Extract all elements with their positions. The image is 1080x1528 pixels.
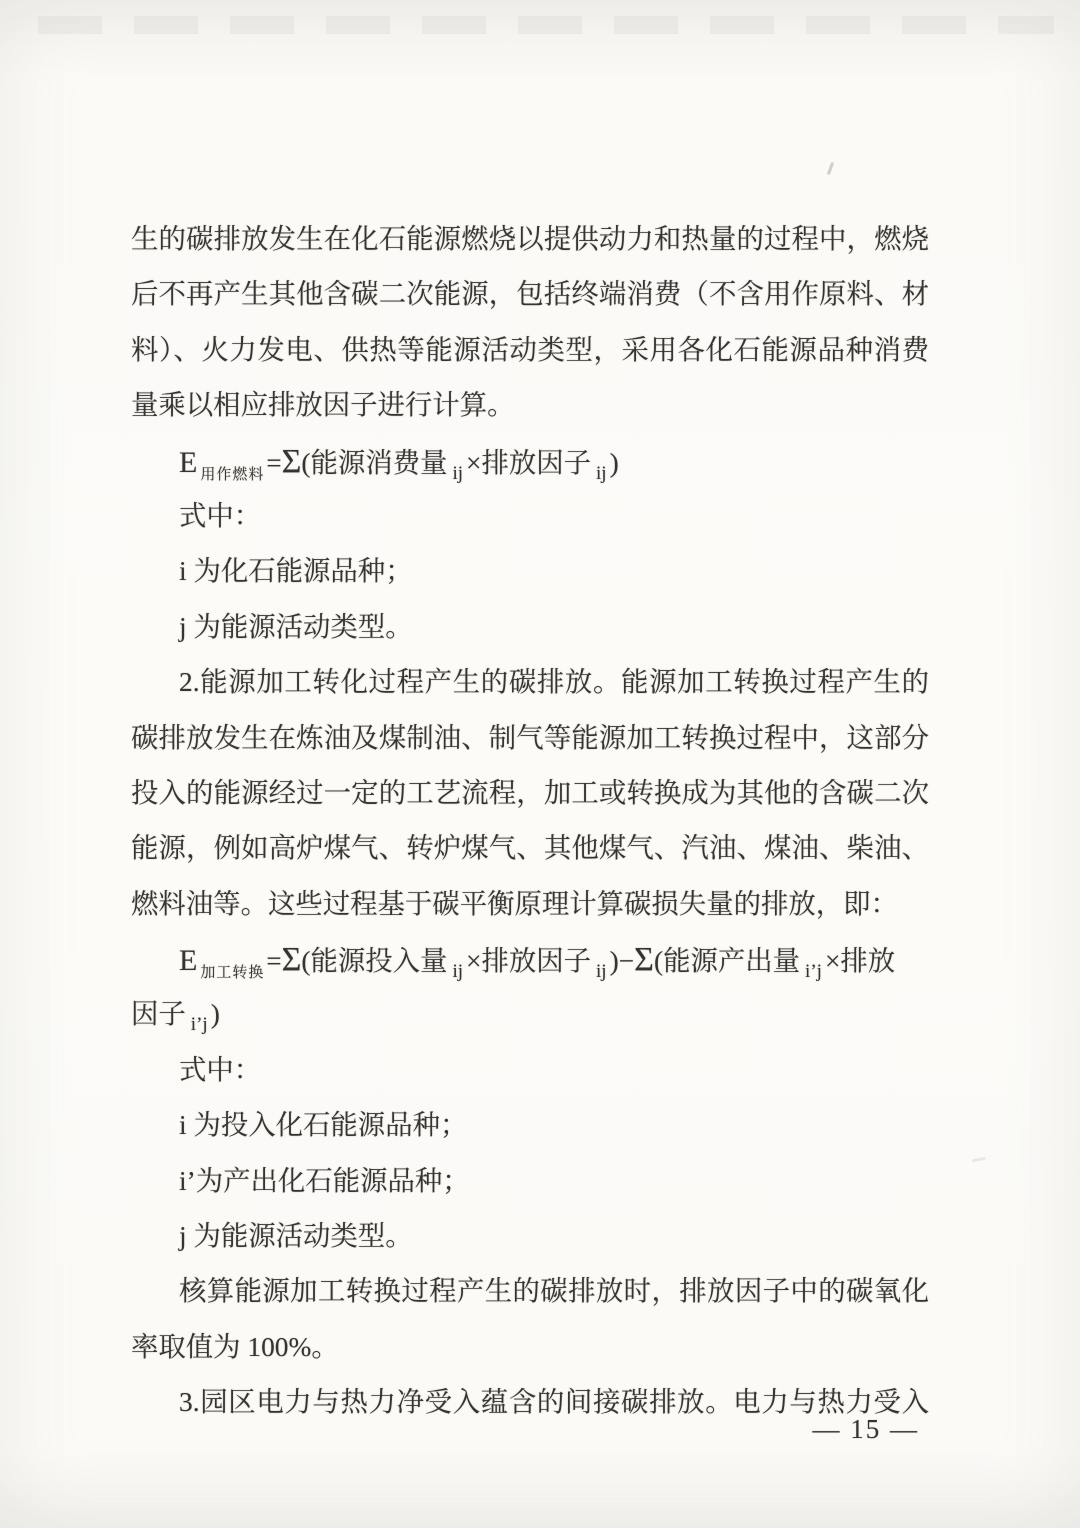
body-text-line: 2.能源加工转化过程产生的碳排放。能源加工转换过程产生的 xyxy=(131,655,929,710)
body-text-line: i 为投入化石能源品种； xyxy=(131,1098,929,1153)
body-text-line: 式中： xyxy=(131,489,929,544)
scanned-document-page: 生的碳排放发生在化石能源燃烧以提供动力和热量的过程中，燃烧后不再产生其他含碳二次… xyxy=(0,0,1080,1528)
document-body: 生的碳排放发生在化石能源燃烧以提供动力和热量的过程中，燃烧后不再产生其他含碳二次… xyxy=(131,212,929,1431)
body-text-line: i’为产出化石能源品种； xyxy=(131,1154,929,1209)
formula-segment: (能源产出量 xyxy=(654,946,800,976)
body-text-line: 生的碳排放发生在化石能源燃烧以提供动力和热量的过程中，燃烧 xyxy=(131,212,929,267)
formula-segment: ×排放 xyxy=(825,946,895,976)
formula-subscript: 加工转换 xyxy=(200,965,264,981)
scan-speck xyxy=(827,162,834,175)
formula-subscript: i’j xyxy=(191,1014,208,1035)
body-text-line: 碳排放发生在炼油及煤制油、制气等能源加工转换过程中，这部分 xyxy=(131,711,929,766)
body-text-line: 率取值为 100%。 xyxy=(131,1320,929,1375)
body-text-line: j 为能源活动类型。 xyxy=(131,1209,929,1264)
formula-line: E用作燃料=Σ(能源消费量ij×排放因子ij) xyxy=(131,434,929,489)
body-text-line: 料）、火力发电、供热等能源活动类型，采用各化石能源品种消费 xyxy=(131,323,929,378)
formula-segment: ×排放因子 xyxy=(466,448,591,478)
formula-segment: Σ xyxy=(282,941,302,978)
formula-segment: = xyxy=(266,946,281,976)
formula-segment: E xyxy=(179,944,197,977)
formula-line: E加工转换=Σ(能源投入量ij×排放因子ij)−Σ(能源产出量i’j×排放 xyxy=(131,932,929,987)
formula-segment: = xyxy=(266,448,281,478)
formula-subscript: ij xyxy=(596,961,607,982)
formula-segment: 因子 xyxy=(131,999,186,1029)
formula-segment: ×排放因子 xyxy=(466,946,591,976)
formula-segment: ) xyxy=(610,448,619,478)
body-text-line: 燃料油等。这些过程基于碳平衡原理计算碳损失量的排放，即： xyxy=(131,877,929,932)
formula-segment: ) xyxy=(211,999,220,1029)
formula-line: 因子i’j) xyxy=(131,987,929,1042)
formula-segment: Σ xyxy=(282,443,302,480)
body-text-line: 投入的能源经过一定的工艺流程，加工或转换成为其他的含碳二次 xyxy=(131,766,929,821)
scan-speck xyxy=(972,1157,986,1163)
formula-subscript: ij xyxy=(452,463,463,484)
formula-segment: )− xyxy=(610,946,635,976)
scan-artifact-band xyxy=(38,16,1054,34)
formula-subscript: i’j xyxy=(805,961,822,982)
formula-subscript: 用作燃料 xyxy=(200,467,264,483)
formula-subscript: ij xyxy=(452,961,463,982)
body-text-line: i 为化石能源品种； xyxy=(131,544,929,599)
formula-segment: Σ xyxy=(634,941,654,978)
page-number: — 15 — xyxy=(813,1412,920,1446)
body-text-line: 式中： xyxy=(131,1043,929,1098)
body-text-line: 3.园区电力与热力净受入蕴含的间接碳排放。电力与热力受入 xyxy=(131,1375,929,1430)
formula-segment: E xyxy=(179,446,197,479)
formula-segment: (能源投入量 xyxy=(301,946,447,976)
formula-segment: (能源消费量 xyxy=(301,448,447,478)
body-text-line: j 为能源活动类型。 xyxy=(131,600,929,655)
body-text-line: 量乘以相应排放因子进行计算。 xyxy=(131,378,929,433)
body-text-line: 能源，例如高炉煤气、转炉煤气、其他煤气、汽油、煤油、柴油、 xyxy=(131,821,929,876)
formula-subscript: ij xyxy=(596,463,607,484)
body-text-line: 核算能源加工转换过程产生的碳排放时，排放因子中的碳氧化 xyxy=(131,1264,929,1319)
body-text-line: 后不再产生其他含碳二次能源，包括终端消费（不含用作原料、材 xyxy=(131,267,929,322)
